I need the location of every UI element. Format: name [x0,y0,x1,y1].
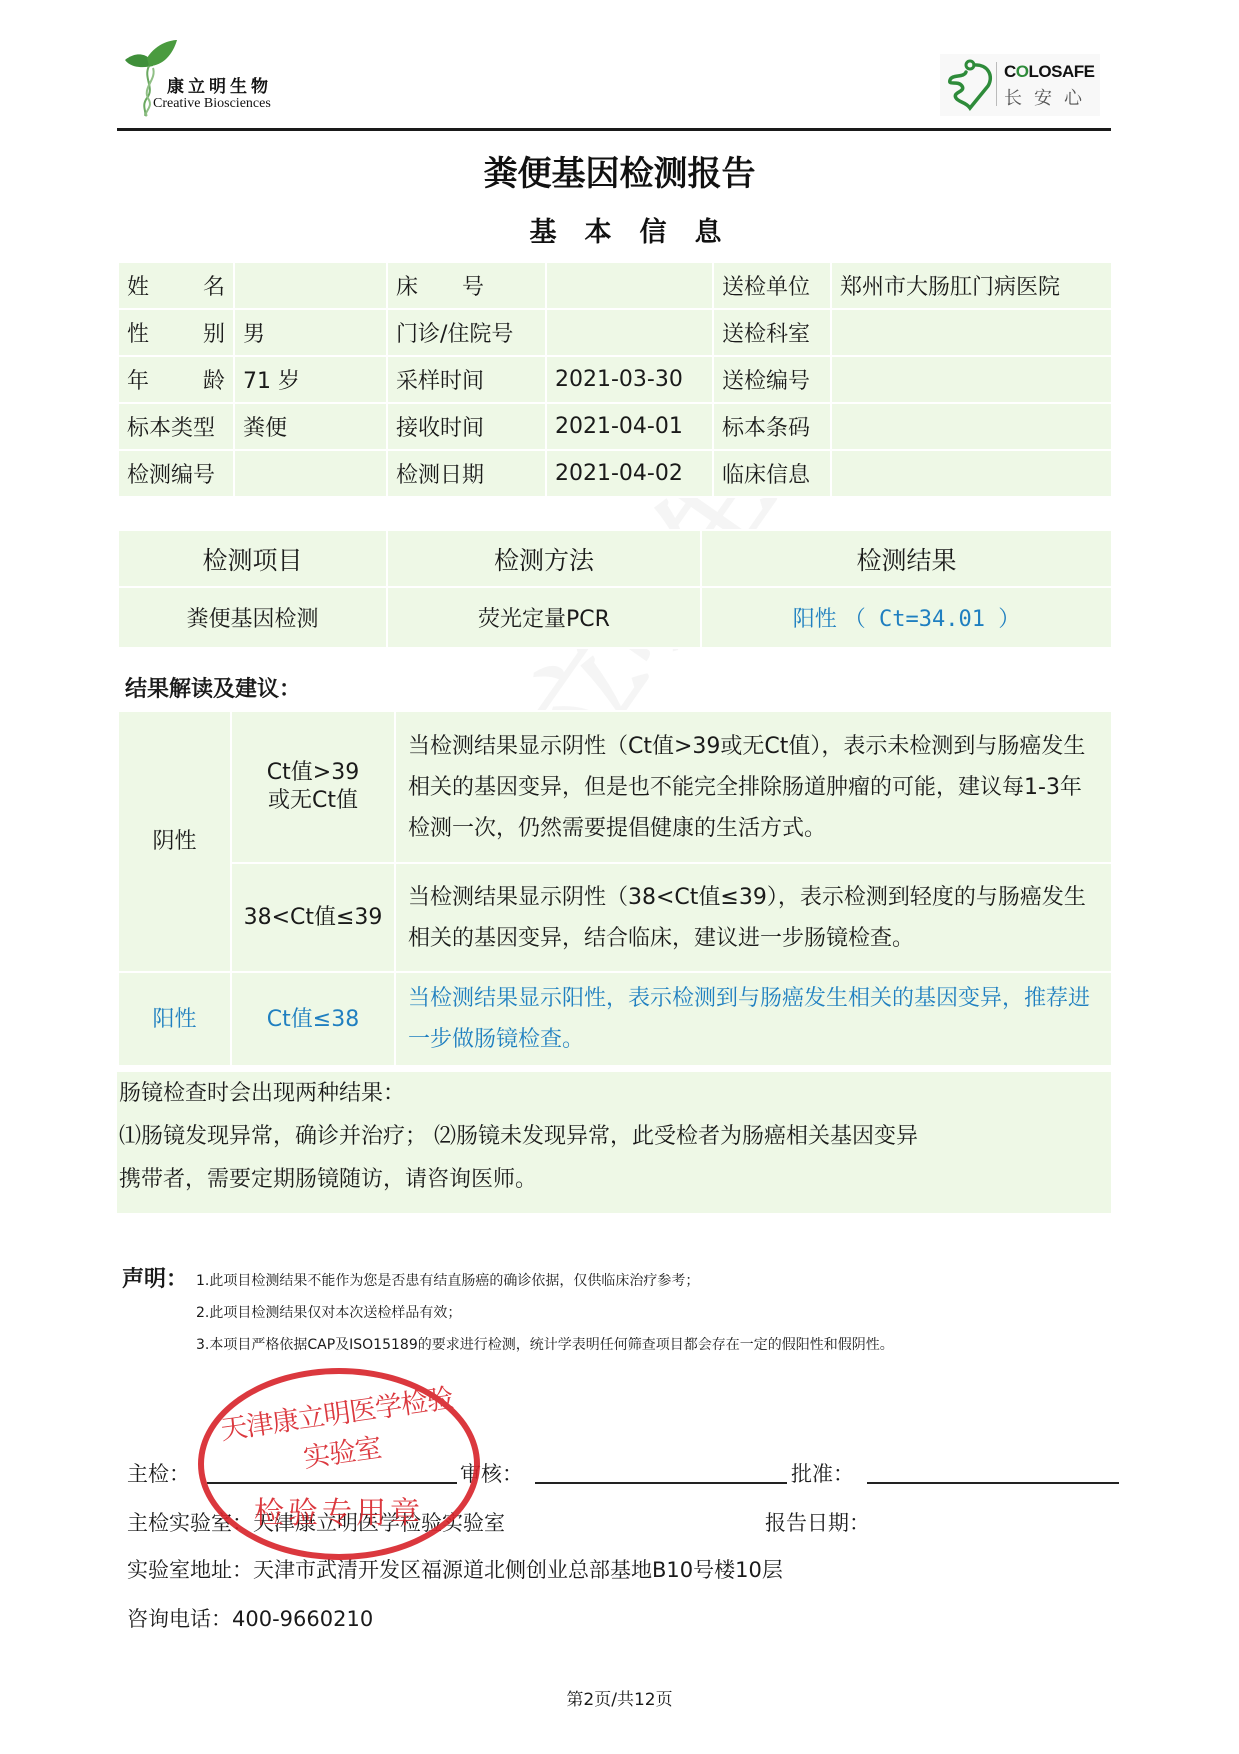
info-row: 检测编号 检测日期 2021-04-02 临床信息 [118,450,1112,497]
results-header-item: 检测项目 [118,530,387,587]
colosafe-name-cn: 长安心 [1004,84,1094,110]
info-value-sampling-date: 2021-03-30 [546,356,713,403]
statement-heading: 声明： [122,1262,202,1293]
approver-label: 批准： [791,1458,854,1488]
result-ct: （ Ct=34.01 ） [844,607,1020,632]
info-label: 床号 [387,262,546,309]
results-header-row: 检测项目 检测方法 检测结果 [118,530,1112,587]
address-line: 实验室地址：天津市武清开发区福源道北侧创业总部基地B10号楼10层 [127,1554,783,1584]
info-label: 姓名 [118,262,234,309]
info-value-hospital: 郑州市大肠肛门病医院 [831,262,1112,309]
interp-positive-text: 当检测结果显示阳性，表示检测到与肠癌发生相关的基因变异，推荐进一步做肠镜检查。 [395,972,1112,1066]
reviewer-signature-line [535,1482,787,1484]
approver-signature-line [867,1482,1119,1484]
info-label: 送检编号 [713,356,831,403]
info-value-specimen-type: 粪便 [234,403,387,450]
info-value-clinical [831,450,1112,497]
info-row: 姓名 床号 送检单位 郑州市大肠肛门病医院 [118,262,1112,309]
info-label: 检测日期 [387,450,546,497]
interp-positive-range: Ct值≤38 [231,972,395,1066]
info-value-name [234,262,387,309]
interp-positive-label: 阳性 [118,972,231,1066]
info-label: 送检科室 [713,309,831,356]
brand-name-en: Creative Biosciences [153,96,271,112]
report-date: 报告日期： [765,1507,870,1537]
info-value-submission-no [831,356,1112,403]
interp-negative-label: 阴性 [118,711,231,972]
result-label: 阳性 [793,607,837,632]
info-label: 采样时间 [387,356,546,403]
statement-item: 1.此项目检测结果不能作为您是否患有结直肠癌的确诊依据，仅供临床治疗参考； [196,1270,1096,1290]
interpretation-table: 阴性 Ct值>39 或无Ct值 当检测结果显示阴性（Ct值>39或无Ct值），表… [117,710,1113,1067]
info-value-patient-id [546,309,713,356]
info-label: 送检单位 [713,262,831,309]
info-label: 临床信息 [713,450,831,497]
result-item: 粪便基因检测 [118,587,387,648]
interp-range: Ct值>39 或无Ct值 [231,711,395,863]
interp-text: 当检测结果显示阴性（38<Ct值≤39），表示检测到轻度的与肠癌发生相关的基因变… [395,863,1112,972]
interp-row: 38<Ct值≤39 当检测结果显示阴性（38<Ct值≤39），表示检测到轻度的与… [118,863,1112,972]
result-value: 阳性 （ Ct=34.01 ） [701,587,1112,648]
info-label: 接收时间 [387,403,546,450]
info-value-age: 71 岁 [234,356,387,403]
results-header-method: 检测方法 [387,530,701,587]
brand-name-cn: 康立明生物 [167,72,272,97]
info-label: 检测编号 [118,450,234,497]
colonoscopy-line: ⑴肠镜发现异常，确诊并治疗； ⑵肠镜未发现异常，此受检者为肠癌相关基因变异 [117,1115,1111,1158]
info-value-received-date: 2021-04-01 [546,403,713,450]
phone-value: 400-9660210 [232,1607,373,1631]
phone-line: 咨询电话：400-9660210 [127,1603,373,1633]
colonoscopy-line: 携带者，需要定期肠镜随访，请咨询医师。 [117,1158,1111,1201]
interp-range: 38<Ct值≤39 [231,863,395,972]
test-results-table: 检测项目 检测方法 检测结果 粪便基因检测 荧光定量PCR 阳性 （ Ct=34… [117,529,1113,649]
info-row: 性别 男 门诊/住院号 送检科室 [118,309,1112,356]
heart-intestine-icon [944,58,996,114]
basic-info-table: 姓名 床号 送检单位 郑州市大肠肛门病医院 性别 男 门诊/住院号 送检科室 年… [117,261,1113,498]
seal-center-text: 检验专用章 [204,1488,474,1532]
interp-row: 阴性 Ct值>39 或无Ct值 当检测结果显示阴性（Ct值>39或无Ct值），表… [118,711,1112,863]
colonoscopy-line: 肠镜检查时会出现两种结果： [117,1072,1111,1115]
colonoscopy-note: 肠镜检查时会出现两种结果： ⑴肠镜发现异常，确诊并治疗； ⑵肠镜未发现异常，此受… [117,1072,1111,1213]
info-label: 门诊/住院号 [387,309,546,356]
info-value-test-date: 2021-04-02 [546,450,713,497]
interp-row-positive: 阳性 Ct值≤38 当检测结果显示阳性，表示检测到与肠癌发生相关的基因变异，推荐… [118,972,1112,1066]
logo-divider [996,62,997,106]
header-rule [117,128,1111,131]
info-value-department [831,309,1112,356]
creative-biosciences-logo: 康立明生物 Creative Biosciences [117,38,317,118]
inspector-label: 主检： [127,1458,190,1488]
info-row: 年龄 71 岁 采样时间 2021-03-30 送检编号 [118,356,1112,403]
interpretation-title: 结果解读及建议： [125,672,301,703]
statement-item: 2.此项目检测结果仅对本次送检样品有效； [196,1302,1096,1322]
phone-label: 咨询电话： [127,1607,232,1631]
result-method: 荧光定量PCR [387,587,701,648]
results-header-result: 检测结果 [701,530,1112,587]
interp-text: 当检测结果显示阴性（Ct值>39或无Ct值），表示未检测到与肠癌发生相关的基因变… [395,711,1112,863]
info-value-test-no [234,450,387,497]
report-title: 粪便基因检测报告 [0,146,1239,195]
info-label: 标本条码 [713,403,831,450]
statement-item: 3.本项目严格依据CAP及ISO15189的要求进行检测，统计学表明任何筛查项目… [196,1334,1096,1354]
seal-arc-text: 天津康立明医学检验实验室 [210,1375,468,1487]
colosafe-name-en: COLOSAFE [1004,62,1094,82]
colosafe-logo: COLOSAFE 长安心 [940,54,1100,116]
info-label: 年龄 [118,356,234,403]
results-row: 粪便基因检测 荧光定量PCR 阳性 （ Ct=34.01 ） [118,587,1112,648]
info-value-barcode [831,403,1112,450]
info-value-sex: 男 [234,309,387,356]
page-number: 第2页/共12页 [0,1685,1239,1710]
info-label: 标本类型 [118,403,234,450]
address-value: 天津市武清开发区福源道北侧创业总部基地B10号楼10层 [253,1558,783,1582]
info-row: 标本类型 粪便 接收时间 2021-04-01 标本条码 [118,403,1112,450]
address-label: 实验室地址： [127,1558,253,1582]
report-date-label: 报告日期： [765,1511,870,1535]
section-title-basic-info: 基本信息 [0,210,1239,249]
info-label: 性别 [118,309,234,356]
official-seal: 天津康立明医学检验实验室 检验专用章 [198,1368,480,1560]
info-value-bed [546,262,713,309]
